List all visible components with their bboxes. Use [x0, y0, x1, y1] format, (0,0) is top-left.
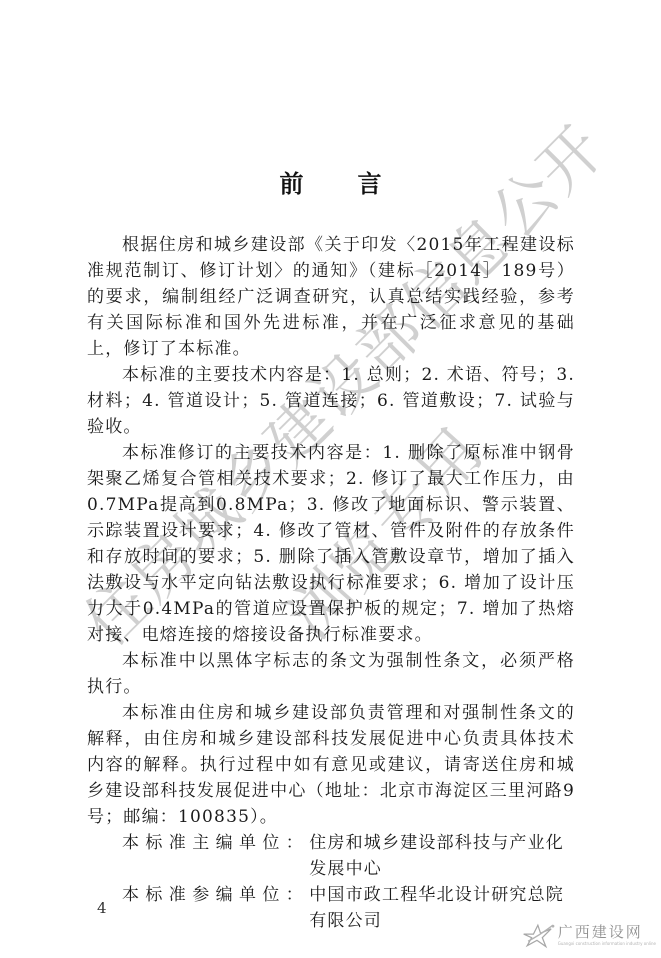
- participating-unit: 本标准参编单位： 中国市政工程华北设计研究总院有限公司: [122, 882, 575, 934]
- unit-value: 住房和城乡建设部科技与产业化发展中心: [309, 830, 575, 882]
- document-page: 住房城乡建设部信息公开 浏览专用 前言 根据住房和城乡建设部《关于印发〈2015…: [0, 0, 661, 958]
- page-title: 前言: [0, 164, 661, 199]
- unit-label: 本标准主编单位：: [122, 830, 309, 882]
- body-text: 根据住房和城乡建设部《关于印发〈2015年工程建设标准规范制订、修订计划〉的通知…: [87, 232, 575, 934]
- paragraph-mandatory-clauses: 本标准中以黑体字标志的条文为强制性条文，必须严格执行。: [87, 648, 575, 700]
- title-char-1: 前: [280, 164, 304, 199]
- unit-value: 中国市政工程华北设计研究总院有限公司: [309, 882, 575, 934]
- title-char-2: 言: [358, 164, 382, 199]
- unit-label: 本标准参编单位：: [122, 882, 309, 934]
- paragraph-basis: 根据住房和城乡建设部《关于印发〈2015年工程建设标准规范制订、修订计划〉的通知…: [87, 232, 575, 362]
- paragraph-revision-content: 本标准修订的主要技术内容是：1. 删除了原标准中钢骨架聚乙烯复合管相关技术要求；…: [87, 440, 575, 648]
- chief-editor-unit: 本标准主编单位： 住房和城乡建设部科技与产业化发展中心: [122, 830, 575, 882]
- logo-subtitle: Guangxi construction information industr…: [558, 941, 656, 947]
- paragraph-management: 本标准由住房和城乡建设部负责管理和对强制性条文的解释，由住房和城乡建设部科技发展…: [87, 700, 575, 830]
- paragraph-main-content: 本标准的主要技术内容是：1. 总则；2. 术语、符号；3. 材料；4. 管道设计…: [87, 362, 575, 440]
